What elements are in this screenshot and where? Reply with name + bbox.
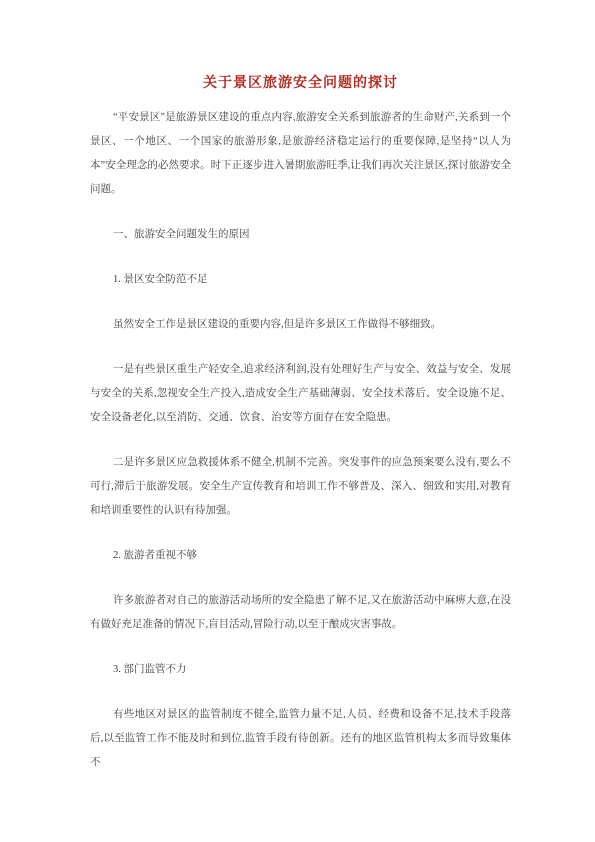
document-body: “平安景区”是旅游景区建设的重点内容,旅游安全关系到旅游者的生命财产,关系到一个… [90, 106, 511, 775]
document-page: 关于景区旅游安全问题的探讨 “平安景区”是旅游景区建设的重点内容,旅游安全关系到… [0, 0, 595, 842]
paragraph: 二是许多景区应急救援体系不健全,机制不完善。突发事件的应急预案要么没有,要么不可… [90, 451, 511, 523]
paragraph: 有些地区对景区的监管制度不健全,监管力量不足,人员、经费和设备不足,技术手段落后… [90, 703, 511, 775]
paragraph: 一是有些景区重生产轻安全,追求经济利润,没有处理好生产与安全、效益与安全、发展与… [90, 358, 511, 430]
paragraph: 虽然安全工作是景区建设的重要内容,但是许多景区工作做得不够细致。 [90, 313, 511, 337]
paragraph: “平安景区”是旅游景区建设的重点内容,旅游安全关系到旅游者的生命财产,关系到一个… [90, 106, 511, 202]
section-heading: 一、旅游安全问题发生的原因 [90, 223, 511, 247]
section-heading: 1. 景区安全防范不足 [90, 268, 511, 292]
document-title: 关于景区旅游安全问题的探讨 [90, 72, 511, 96]
section-heading: 2. 旅游者重视不够 [90, 544, 511, 568]
paragraph: 许多旅游者对自己的旅游活动场所的安全隐患了解不足,又在旅游活动中麻痹大意,在没有… [90, 589, 511, 637]
section-heading: 3. 部门监管不力 [90, 658, 511, 682]
